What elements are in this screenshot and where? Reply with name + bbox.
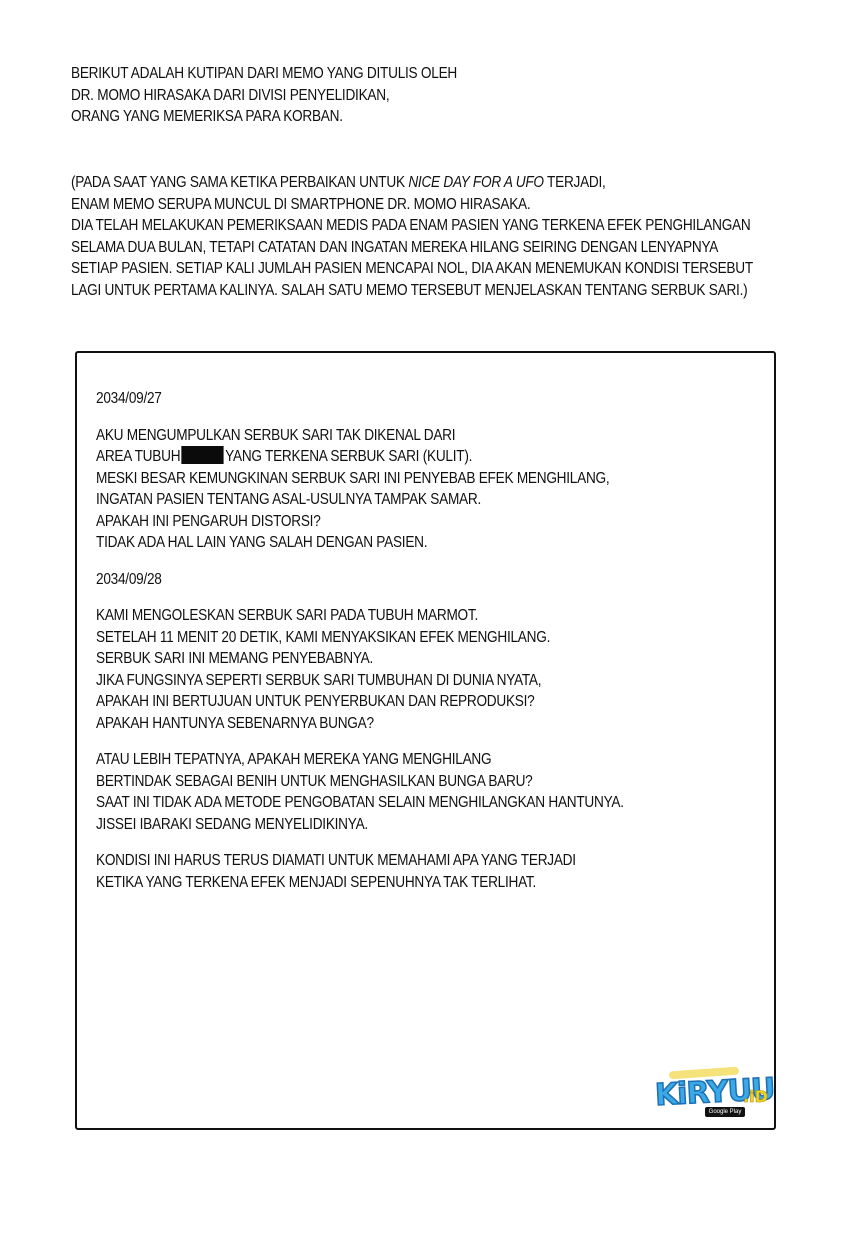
memo-date: 2034/09/28: [96, 569, 624, 591]
note-text: TERJADI,: [544, 174, 606, 191]
note-line: SELAMA DUA BULAN, TETAPI CATATAN DAN ING…: [71, 237, 753, 259]
memo-box: 2034/09/27 AKU MENGUMPULKAN SERBUK SARI …: [75, 351, 776, 1130]
context-note: (PADA SAAT YANG SAMA KETIKA PERBAIKAN UN…: [71, 172, 753, 301]
intro-line: DR. MOMO HIRASAKA DARI DIVISI PENYELIDIK…: [71, 85, 457, 107]
memo-line: MESKI BESAR KEMUNGKINAN SERBUK SARI INI …: [96, 468, 624, 490]
logo-suffix: .iD: [743, 1087, 768, 1106]
memo-line: INGATAN PASIEN TENTANG ASAL-USULNYA TAMP…: [96, 489, 624, 511]
memo-line: JISSEI IBARAKI SEDANG MENYELIDIKINYA.: [96, 814, 624, 836]
note-text: (PADA SAAT YANG SAMA KETIKA PERBAIKAN UN…: [71, 174, 408, 191]
memo-date: 2034/09/27: [96, 388, 624, 410]
memo-line: KONDISI INI HARUS TERUS DIAMATI UNTUK ME…: [96, 850, 624, 872]
redaction-bar: [181, 446, 223, 464]
memo-content: 2034/09/27 AKU MENGUMPULKAN SERBUK SARI …: [96, 388, 624, 893]
memo-line: SAAT INI TIDAK ADA METODE PENGOBATAN SEL…: [96, 792, 624, 814]
game-title: NICE DAY FOR A UFO: [408, 174, 543, 191]
memo-line: KETIKA YANG TERKENA EFEK MENJADI SEPENUH…: [96, 872, 624, 894]
memo-text: AREA TUBUH: [96, 448, 180, 465]
memo-line: APAKAH HANTUNYA SEBENARNYA BUNGA?: [96, 713, 624, 735]
kiryuu-watermark-logo: KiRYUU .iD Google Play: [647, 1069, 777, 1121]
intro-line: BERIKUT ADALAH KUTIPAN DARI MEMO YANG DI…: [71, 63, 457, 85]
note-line: (PADA SAAT YANG SAMA KETIKA PERBAIKAN UN…: [71, 172, 753, 194]
memo-line: APAKAH INI PENGARUH DISTORSI?: [96, 511, 624, 533]
memo-line: SETELAH 11 MENIT 20 DETIK, KAMI MENYAKSI…: [96, 627, 624, 649]
memo-line: JIKA FUNGSINYA SEPERTI SERBUK SARI TUMBU…: [96, 670, 624, 692]
google-play-badge-icon: Google Play: [705, 1107, 745, 1117]
memo-text: YANG TERKENA SERBUK SARI (KULIT).: [225, 448, 472, 465]
memo-line: ATAU LEBIH TEPATNYA, APAKAH MEREKA YANG …: [96, 749, 624, 771]
memo-line: TIDAK ADA HAL LAIN YANG SALAH DENGAN PAS…: [96, 532, 624, 554]
intro-text: BERIKUT ADALAH KUTIPAN DARI MEMO YANG DI…: [71, 63, 457, 128]
note-line: SETIAP PASIEN. SETIAP KALI JUMLAH PASIEN…: [71, 258, 753, 280]
memo-line: APAKAH INI BERTUJUAN UNTUK PENYERBUKAN D…: [96, 691, 624, 713]
note-line: ENAM MEMO SERUPA MUNCUL DI SMARTPHONE DR…: [71, 194, 753, 216]
memo-line: AKU MENGUMPULKAN SERBUK SARI TAK DIKENAL…: [96, 425, 624, 447]
note-line: DIA TELAH MELAKUKAN PEMERIKSAAN MEDIS PA…: [71, 215, 753, 237]
memo-line: AREA TUBUHYANG TERKENA SERBUK SARI (KULI…: [96, 446, 624, 468]
intro-line: ORANG YANG MEMERIKSA PARA KORBAN.: [71, 106, 457, 128]
note-line: LAGI UNTUK PERTAMA KALINYA. SALAH SATU M…: [71, 280, 753, 302]
memo-line: BERTINDAK SEBAGAI BENIH UNTUK MENGHASILK…: [96, 771, 624, 793]
memo-line: SERBUK SARI INI MEMANG PENYEBABNYA.: [96, 648, 624, 670]
memo-line: KAMI MENGOLESKAN SERBUK SARI PADA TUBUH …: [96, 605, 624, 627]
